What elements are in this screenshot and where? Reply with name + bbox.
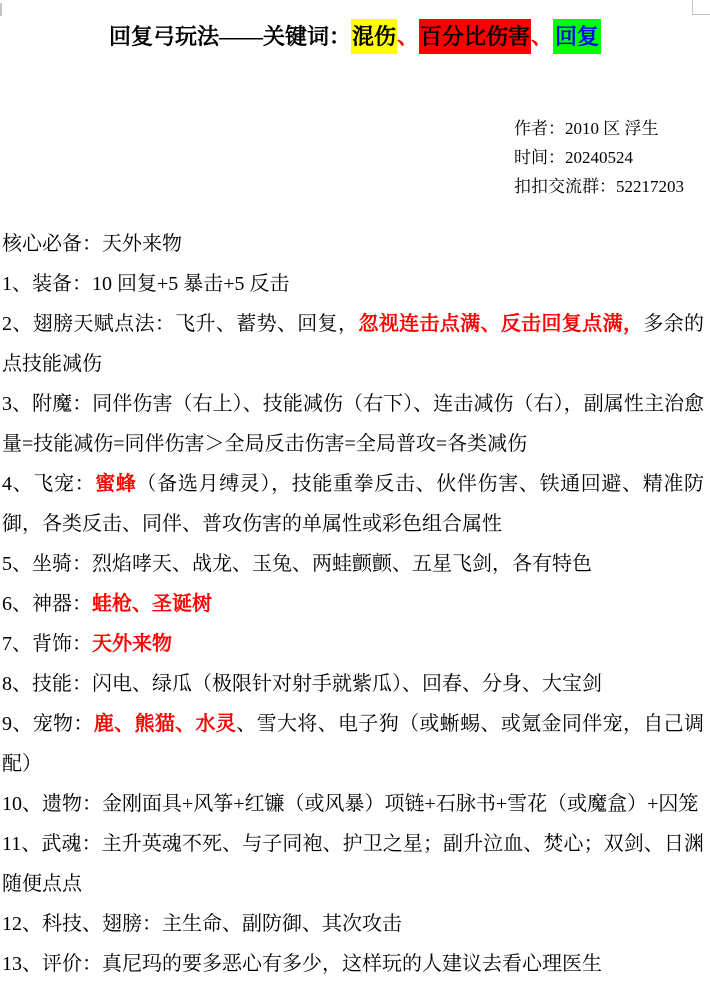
- text-run: 忽视连击点满、反击回复点满，: [358, 313, 643, 335]
- text-run: 回复弓玩法——关键词：: [109, 24, 351, 49]
- date-line: 时间：20240524: [514, 143, 684, 172]
- document-title: 回复弓玩法——关键词：混伤、百分比伤害、回复: [0, 20, 710, 54]
- text-run: 、: [397, 24, 419, 49]
- text-run: 11、武魂：主升英魂不死、与子同袍、护卫之星；副升泣血、焚心；双剑、日渊随便点点: [2, 833, 704, 895]
- text-run: 鹿、熊猫、水灵: [94, 713, 236, 735]
- text-run: 12、科技、翅膀：主生命、副防御、其次攻击: [2, 913, 402, 935]
- paragraph: 2、翅膀天赋点法：飞升、蓄势、回复，忽视连击点满、反击回复点满，多余的点技能减伤: [0, 304, 710, 384]
- paragraph: 12、科技、翅膀：主生命、副防御、其次攻击: [0, 904, 710, 944]
- paragraph: 1、装备：10 回复+5 暴击+5 反击: [0, 264, 710, 304]
- text-run: 3、附魔：同伴伤害（右上）、技能减伤（右下）、连击减伤（右），副属性主治愈量=技…: [2, 393, 704, 455]
- text-run: 蛙枪、圣诞树: [92, 593, 212, 615]
- text-run: 回复: [553, 19, 601, 54]
- paragraph: 13、评价：真尼玛的要多恶心有多少，这样玩的人建议去看心理医生: [0, 944, 710, 984]
- document-page: 回复弓玩法——关键词：混伤、百分比伤害、回复 作者：2010 区 浮生 时间：2…: [0, 0, 710, 992]
- author-line: 作者：2010 区 浮生: [514, 114, 684, 143]
- paragraph: 6、神器：蛙枪、圣诞树: [0, 584, 710, 624]
- text-run: 2、翅膀天赋点法：飞升、蓄势、回复，: [2, 313, 358, 335]
- document-body: 核心必备：天外来物1、装备：10 回复+5 暴击+5 反击2、翅膀天赋点法：飞升…: [0, 224, 710, 984]
- text-run: 9、宠物：: [2, 713, 94, 735]
- text-run: 5、坐骑：烈焰哮天、战龙、玉兔、两蛙颤颤、五星飞剑，各有特色: [2, 553, 592, 575]
- text-run: 、: [531, 24, 553, 49]
- page-margin-mark-right: [692, 0, 710, 15]
- text-run: 核心必备：天外来物: [2, 233, 182, 255]
- page-margin-mark-left: [0, 3, 2, 16]
- text-run: 混伤: [351, 19, 397, 54]
- paragraph: 9、宠物：鹿、熊猫、水灵、雪大将、电子狗（或蜥蜴、或氪金同伴宠，自己调配）: [0, 704, 710, 784]
- paragraph: 10、遗物：金刚面具+风筝+红镰（或风暴）项链+石脉书+雪花（或魔盒）+囚笼: [0, 784, 710, 824]
- text-run: 4、飞宠：: [2, 473, 95, 495]
- paragraph: 8、技能：闪电、绿瓜（极限针对射手就紫瓜）、回春、分身、大宝剑: [0, 664, 710, 704]
- text-run: 8、技能：闪电、绿瓜（极限针对射手就紫瓜）、回春、分身、大宝剑: [2, 673, 602, 695]
- paragraph: 4、飞宠：蜜蜂（备选月缚灵），技能重拳反击、伙伴伤害、铁通回避、精准防御，各类反…: [0, 464, 710, 544]
- text-run: 7、背饰：: [2, 633, 92, 655]
- text-run: 6、神器：: [2, 593, 92, 615]
- qq-group-line: 扣扣交流群：52217203: [514, 172, 684, 201]
- paragraph: 5、坐骑：烈焰哮天、战龙、玉兔、两蛙颤颤、五星飞剑，各有特色: [0, 544, 710, 584]
- text-run: 13、评价：真尼玛的要多恶心有多少，这样玩的人建议去看心理医生: [2, 953, 602, 975]
- text-run: 蜜蜂: [95, 473, 136, 495]
- meta-block: 作者：2010 区 浮生 时间：20240524 扣扣交流群：52217203: [514, 114, 684, 201]
- paragraph: 11、武魂：主升英魂不死、与子同袍、护卫之星；副升泣血、焚心；双剑、日渊随便点点: [0, 824, 710, 904]
- paragraph: 3、附魔：同伴伤害（右上）、技能减伤（右下）、连击减伤（右），副属性主治愈量=技…: [0, 384, 710, 464]
- paragraph: 核心必备：天外来物: [0, 224, 710, 264]
- text-run: 百分比伤害: [419, 19, 531, 54]
- text-run: 天外来物: [92, 633, 172, 655]
- paragraph: 7、背饰：天外来物: [0, 624, 710, 664]
- text-run: 1、装备：10 回复+5 暴击+5 反击: [2, 273, 290, 295]
- text-run: 10、遗物：金刚面具+风筝+红镰（或风暴）项链+石脉书+雪花（或魔盒）+囚笼: [2, 793, 698, 815]
